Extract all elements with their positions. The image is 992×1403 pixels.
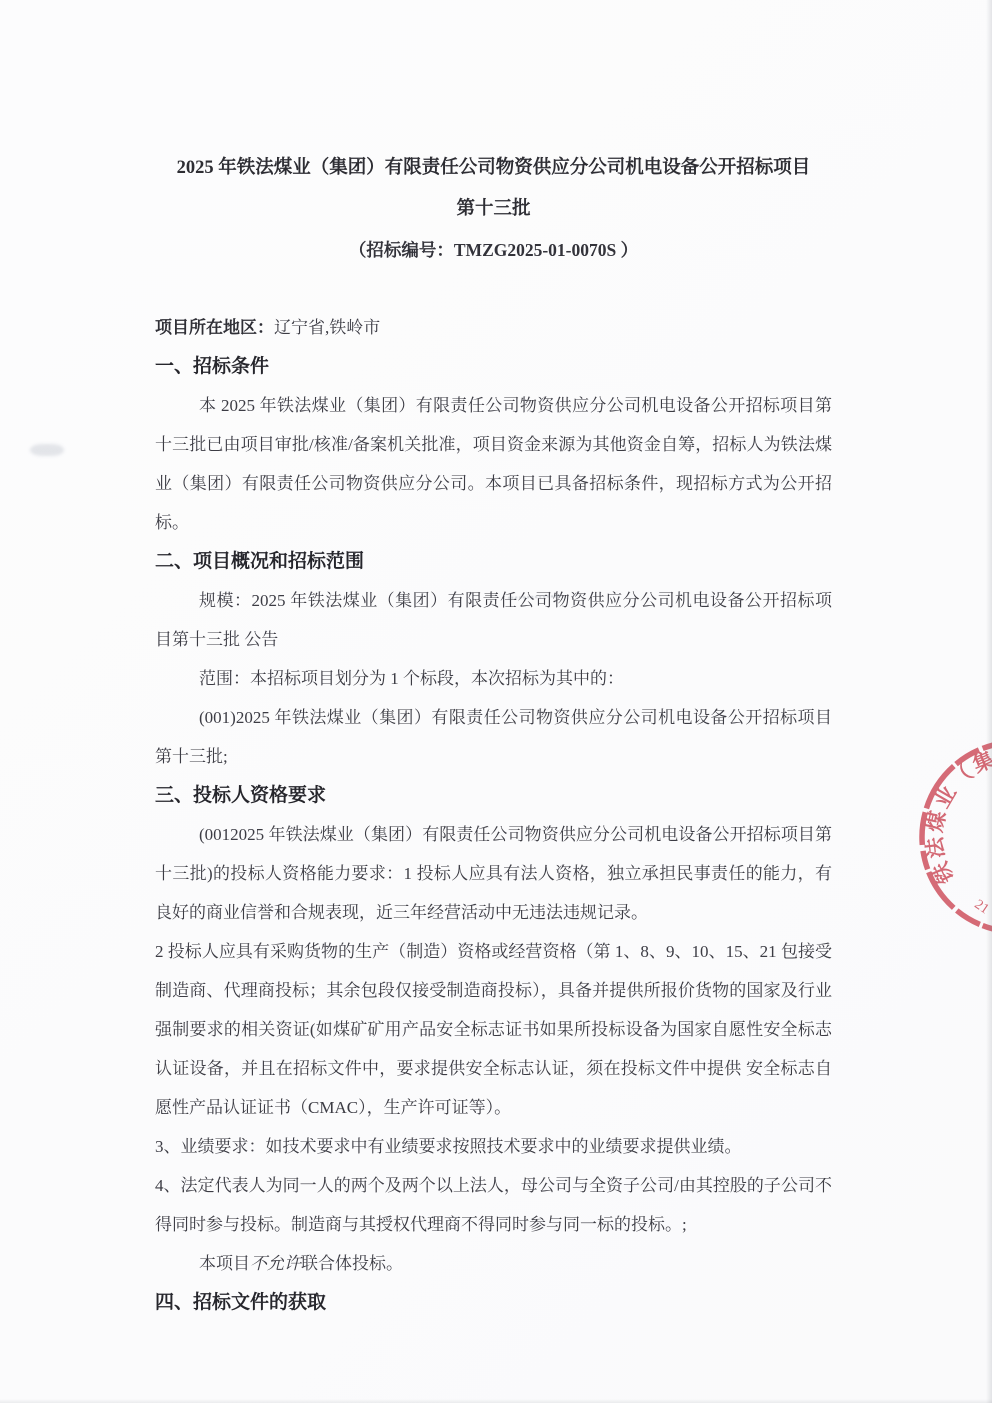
project-location-label: 项目所在地区：: [155, 318, 274, 337]
document-content: 2025 年铁法煤业（集团）有限责任公司物资供应分公司机电设备公开招标项目 第十…: [0, 0, 992, 1322]
document-page: 2025 年铁法煤业（集团）有限责任公司物资供应分公司机电设备公开招标项目 第十…: [0, 0, 992, 1403]
section1-heading: 一、招标条件: [155, 347, 832, 386]
no-consortium-prefix: 本项目: [199, 1254, 250, 1273]
section3-paragraph5: 本项目不允许联合体投标。: [155, 1244, 832, 1283]
svg-text:铁法煤业（集团）: 铁法煤业（集团）: [917, 727, 992, 890]
section3-paragraph3: 3、业绩要求：如技术要求中有业绩要求按照技术要求中的业绩要求提供业绩。: [155, 1127, 832, 1166]
section3-paragraph2: 2 投标人应具有采购货物的生产（制造）资格或经营资格（第 1、8、9、10、15…: [155, 932, 832, 1127]
section2-paragraph-lot: (001)2025 年铁法煤业（集团）有限责任公司物资供应分公司机电设备公开招标…: [155, 698, 832, 776]
scan-smudge-center: [508, 588, 560, 599]
no-consortium-suffix: 联合体投标。: [301, 1254, 403, 1273]
section3-paragraph1: (0012025 年铁法煤业（集团）有限责任公司物资供应分公司机电设备公开招标项…: [155, 815, 832, 932]
section2-heading: 二、项目概况和招标范围: [155, 542, 832, 581]
project-location-line: 项目所在地区：辽宁省,铁岭市: [155, 308, 832, 347]
document-title-line1: 2025 年铁法煤业（集团）有限责任公司物资供应分公司机电设备公开招标项目: [155, 148, 832, 189]
section2-paragraph-scope: 范围：本招标项目划分为 1 个标段，本次招标为其中的：: [155, 659, 832, 698]
section3-paragraph4: 4、法定代表人为同一人的两个及两个以上法人，母公司与全资子公司/由其控股的子公司…: [155, 1166, 832, 1244]
section4-heading: 四、招标文件的获取: [155, 1283, 832, 1322]
section2-paragraph-scale: 规模：2025 年铁法煤业（集团）有限责任公司物资供应分公司机电设备公开招标项目…: [155, 581, 832, 659]
company-seal-stamp: 铁法煤业（集团） 21: [917, 727, 992, 947]
section3-heading: 三、投标人资格要求: [155, 776, 832, 815]
seal-ring-text: 铁法煤业（集团）: [917, 727, 992, 890]
section1-paragraph1: 本 2025 年铁法煤业（集团）有限责任公司物资供应分公司机电设备公开招标项目第…: [155, 386, 832, 542]
scan-smudge-left: [30, 444, 64, 456]
seal-number: 21: [971, 897, 991, 917]
no-consortium-emphasis: 不允许: [250, 1254, 301, 1273]
project-location-value: 辽宁省,铁岭市: [274, 318, 380, 337]
tender-number: （招标编号：TMZG2025-01-0070S ）: [155, 230, 832, 271]
document-title-line2: 第十三批: [155, 189, 832, 230]
